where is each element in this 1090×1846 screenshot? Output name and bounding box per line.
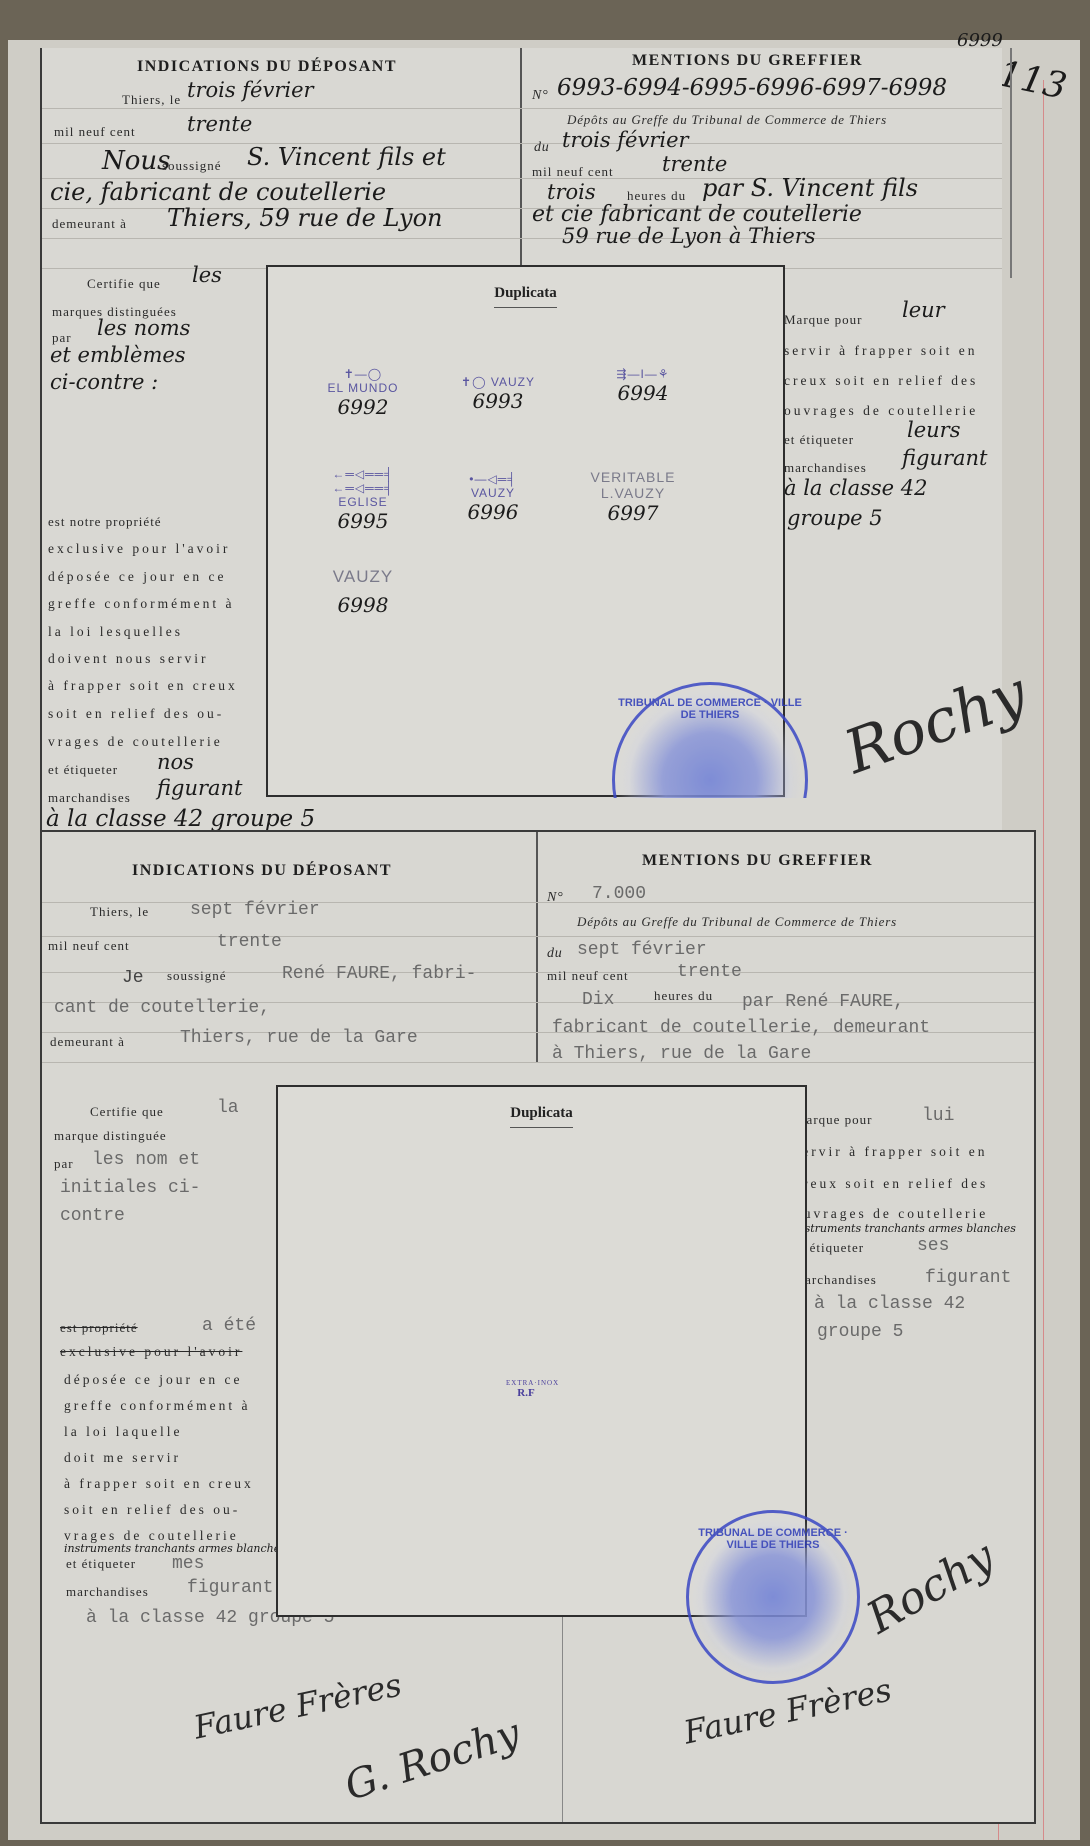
margin-line bbox=[1043, 80, 1044, 1840]
place-label: Thiers, le bbox=[122, 92, 181, 108]
depots-label: Dépôts au Greffe du Tribunal de Commerce… bbox=[567, 112, 887, 128]
marchandises-value: figurant bbox=[187, 1578, 273, 1598]
certifie-label: Certifie que bbox=[90, 1104, 164, 1120]
arrows-emblem-icon: ←═◁══╡←═◁══╡ bbox=[303, 467, 423, 495]
marchandises-value: figurant bbox=[925, 1268, 1011, 1288]
registry-hour: Dix bbox=[582, 990, 614, 1010]
marchandises-label: marchandises bbox=[66, 1584, 149, 1600]
depositor-address: Thiers, 59 rue de Lyon bbox=[167, 204, 443, 232]
etiqueter-label: et étiqueter bbox=[48, 762, 118, 778]
dagger-key-emblem-icon: ⇶—I—⚘ bbox=[588, 367, 698, 381]
par-label: par bbox=[54, 1156, 74, 1172]
etiqueter-value: ses bbox=[917, 1236, 949, 1256]
depositor-name: René FAURE, fabri- bbox=[282, 964, 476, 984]
depots-label: Dépôts au Greffe du Tribunal de Commerce… bbox=[577, 914, 897, 930]
registry-line2: fabricant de coutellerie, demeurant bbox=[552, 1018, 930, 1038]
certifie-value: les bbox=[192, 263, 222, 287]
par-value: et emblèmes bbox=[50, 343, 186, 367]
classe-value: à la classe 42 bbox=[784, 476, 927, 500]
trademark-6997: VERITABLE L.VAUZY 6997 bbox=[558, 469, 708, 525]
registry-line3: 59 rue de Lyon à Thiers bbox=[562, 224, 816, 248]
year-label: mil neuf cent bbox=[532, 164, 614, 180]
groupe-value: groupe 5 bbox=[817, 1322, 903, 1342]
depositor-trade: cie, fabricant de coutellerie bbox=[50, 178, 386, 206]
registry-date: trois février bbox=[562, 128, 689, 152]
registry-par: par S. Vincent fils bbox=[702, 174, 918, 202]
heures-label: heures du bbox=[654, 988, 713, 1004]
greffier-title: MENTIONS DU GREFFIER bbox=[632, 52, 863, 70]
year-label: mil neuf cent bbox=[547, 968, 629, 984]
etiqueter-value: mes bbox=[172, 1554, 204, 1574]
etiqueter-value: nos bbox=[157, 750, 194, 774]
marque-pour-value: lui bbox=[922, 1106, 954, 1126]
registry-year: trente bbox=[662, 152, 727, 176]
soussigne-label: soussigné bbox=[167, 968, 227, 984]
registry-number: 7.000 bbox=[592, 884, 646, 904]
deposit-numbers: 6993-6994-6995-6996-6997-6998 bbox=[557, 75, 947, 101]
depositor-signature: Faure Frères bbox=[190, 1665, 405, 1746]
depositor-trade: cant de coutellerie, bbox=[54, 998, 270, 1018]
greffier-title: MENTIONS DU GREFFIER bbox=[642, 852, 873, 870]
struck-text: exclusive pour l'avoir bbox=[60, 1344, 242, 1360]
page-number: 113 bbox=[994, 53, 1070, 107]
duplicata-title: Duplicata bbox=[268, 285, 783, 302]
clerk-signature: G. Rochy bbox=[339, 1710, 525, 1810]
marque-pour-value: leur bbox=[902, 298, 945, 322]
propriete-label: est notre propriété bbox=[48, 514, 162, 530]
deposit-year: trente bbox=[187, 112, 252, 136]
deposant-title: INDICATIONS DU DÉPOSANT bbox=[137, 58, 397, 76]
registry-year: trente bbox=[677, 962, 742, 982]
par-value: initiales ci- bbox=[60, 1178, 200, 1198]
certifie-label: Certifie que bbox=[87, 276, 161, 292]
handwritten-insert: instruments tranchants armes blanches bbox=[794, 1222, 1016, 1235]
etiqueter-label: et étiqueter bbox=[784, 432, 854, 448]
marchandises-value: figurant bbox=[902, 446, 988, 470]
deposit-date: trois février bbox=[187, 78, 314, 102]
classe-value: à la classe 42 bbox=[814, 1294, 965, 1314]
par-value: ci-contre : bbox=[50, 370, 158, 394]
year-label: mil neuf cent bbox=[54, 124, 136, 140]
trademark-6996: •—◁═╡ VAUZY 6996 bbox=[438, 472, 548, 524]
deposant-title: INDICATIONS DU DÉPOSANT bbox=[132, 862, 392, 880]
par-value: les nom et bbox=[92, 1150, 200, 1170]
registry-line3: à Thiers, rue de la Gare bbox=[552, 1044, 811, 1064]
marchandises-label: marchandises bbox=[48, 790, 131, 806]
groupe-value: groupe 5 bbox=[787, 506, 883, 530]
subject: Je bbox=[122, 968, 144, 988]
depositor-name: S. Vincent fils et bbox=[247, 143, 446, 171]
address-label: demeurant à bbox=[50, 1034, 125, 1050]
arrow-emblem-icon: •—◁═╡ bbox=[438, 472, 548, 486]
column-divider bbox=[536, 832, 538, 1062]
cross-circle-emblem-icon: ✝◯ bbox=[461, 375, 486, 389]
du-label: du bbox=[534, 140, 550, 156]
trademark-6993: ✝◯ VAUZY 6993 bbox=[443, 375, 553, 413]
no-label: N° bbox=[532, 88, 549, 104]
clerk-signature: Rochy bbox=[858, 1531, 1003, 1644]
extra-inox-stamp-icon: EXTRA·INOX R.F bbox=[506, 1379, 546, 1419]
depositor-address: Thiers, rue de la Gare bbox=[180, 1028, 418, 1048]
column-divider bbox=[1010, 48, 1012, 278]
trademark-6995: ←═◁══╡←═◁══╡ EGLISE 6995 bbox=[303, 467, 423, 533]
no-label: N° bbox=[547, 890, 564, 906]
trademark-6994: ⇶—I—⚘ 6994 bbox=[588, 367, 698, 405]
marchandises-value: figurant bbox=[157, 776, 243, 800]
par-value: contre bbox=[60, 1206, 125, 1226]
du-label: du bbox=[547, 946, 563, 962]
marchandises-label: marchandises bbox=[784, 460, 867, 476]
etiqueter-value: leurs bbox=[907, 418, 960, 442]
address-label: demeurant à bbox=[52, 216, 127, 232]
registry-date: sept février bbox=[577, 940, 707, 960]
par-value: les noms bbox=[97, 316, 190, 340]
soussigne-label: soussigné bbox=[162, 158, 222, 174]
cross-circle-emblem-icon: ✝—◯ bbox=[308, 367, 418, 381]
registry-par: par René FAURE, bbox=[742, 992, 904, 1012]
tribunal-seal: TRIBUNAL DE COMMERCE · VILLE DE THIERS bbox=[686, 1510, 860, 1684]
struck-text: est propriété bbox=[60, 1320, 138, 1336]
subject: Nous bbox=[102, 146, 171, 176]
year-label: mil neuf cent bbox=[48, 938, 130, 954]
marque-label: marque distinguée bbox=[54, 1128, 167, 1144]
trademark-6992: ✝—◯ EL MUNDO 6992 bbox=[308, 367, 418, 419]
column-divider bbox=[520, 48, 522, 280]
etiqueter-label: et étiqueter bbox=[66, 1556, 136, 1572]
added-text: a été bbox=[202, 1316, 256, 1336]
certifie-value: la bbox=[217, 1098, 239, 1118]
registry-hour: trois bbox=[547, 180, 596, 204]
marque-pour-label: Marque pour bbox=[784, 312, 863, 328]
corner-number: 6999 bbox=[957, 30, 1003, 51]
duplicata-title: Duplicata bbox=[278, 1105, 805, 1122]
deposit-date: sept février bbox=[190, 900, 320, 920]
classe-value: à la classe 42 groupe 5 bbox=[46, 806, 315, 832]
place-label: Thiers, le bbox=[90, 904, 149, 920]
deposit-year: trente bbox=[217, 932, 282, 952]
column-divider bbox=[562, 1617, 563, 1822]
trademark-6998: VAUZY 6998 bbox=[308, 567, 418, 617]
